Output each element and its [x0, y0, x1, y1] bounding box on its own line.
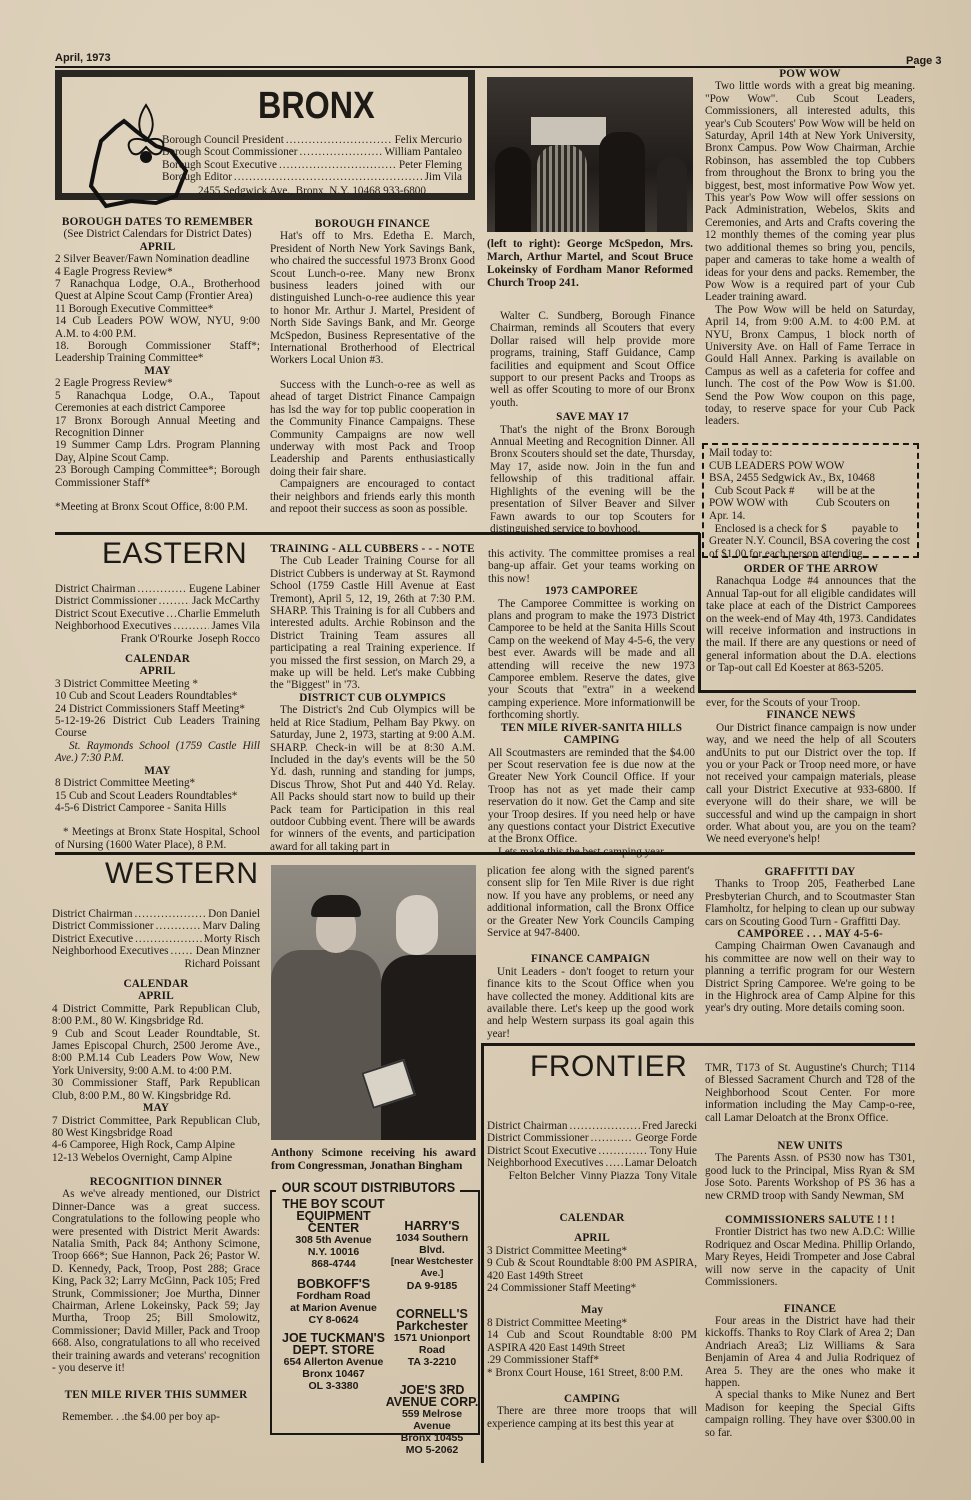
distributor-right-column: HARRY'S 1034 Southern Blvd. [near Westch…	[384, 1220, 480, 1456]
calendar-item: 10 Cub and Scout Leaders Roundtables*	[55, 690, 260, 702]
calendar-item: 24 District Commissioners Staff Meeting*	[55, 703, 260, 715]
recognition-dinner: RECOGNITION DINNER As we've already ment…	[52, 1176, 260, 1423]
officer-row: Neighborhood ExecutivesDean Minzner	[52, 945, 260, 957]
officer-row: District Scout ExecutiveTony Huie	[487, 1145, 697, 1157]
officer-row: Borough EditorJim Vila	[162, 171, 462, 183]
calendar-item: 24 Commissioner Staff Meeting*	[487, 1282, 697, 1294]
borough-dates-heading: BOROUGH DATES TO REMEMBER	[55, 216, 260, 228]
distributors-title: OUR SCOUT DISTRIBUTORS	[280, 1179, 457, 1195]
frontier-title: FRONTIER	[530, 1050, 687, 1084]
eastern-middle: this activity. The committee promises a …	[488, 548, 695, 858]
distributor-left-column: THE BOY SCOUT EQUIPMENT CENTER 308 5th A…	[276, 1198, 391, 1392]
calendar-item: 7 District Committee, Park Republican Cl…	[52, 1115, 260, 1140]
bronx-title: BRONX	[258, 85, 375, 128]
borough-dates: BOROUGH DATES TO REMEMBER (See District …	[55, 216, 260, 513]
calendar-item: 5 Ranachqua Lodge, O.A., Tapout Ceremoni…	[55, 390, 260, 415]
footnote: * Meetings at Bronx State Hospital, Scho…	[55, 826, 260, 851]
officer-row: Borough Council PresidentFelix Mercurio	[162, 134, 462, 146]
eastern-title: EASTERN	[102, 537, 247, 571]
issue-date: April, 1973	[55, 52, 111, 64]
footnote: * Bronx Court House, 161 Street, 8:00 P.…	[487, 1367, 697, 1379]
calendar-item: 18. Borough Commissioner Staff*; Leaders…	[55, 340, 260, 365]
officer-row: District ExecutiveMorty Risch	[52, 933, 260, 945]
borough-finance: BOROUGH FINANCE Hat's off to Mrs. Edetha…	[270, 218, 475, 515]
officer-row: District CommissionerMarv Daling	[52, 920, 260, 932]
frontier-rule	[481, 1043, 915, 1046]
calendar-item: 4 District Committe, Park Republican Clu…	[52, 1003, 260, 1028]
calendar-item: 12-13 Webelos Overnight, Camp Alpine	[52, 1152, 260, 1164]
calendar-item: 8 District Committee Meeting*	[487, 1317, 697, 1329]
western-title: WESTERN	[105, 857, 259, 891]
bronx-officers: Borough Council PresidentFelix Mercurio …	[162, 134, 462, 197]
frontier-officers: District ChairmanFred Jarecki District C…	[487, 1120, 697, 1430]
calendar-item: 4 Eagle Progress Review*	[55, 266, 260, 278]
award-photo-western	[271, 865, 476, 1140]
bronx-address: 2455 Sedgwick Ave., Bronx, N.Y. 10468 93…	[162, 185, 462, 197]
photo-caption: (left to right): George McSpedon, Mrs. M…	[487, 238, 693, 290]
calendar-item: 5-12-19-26 District Cub Leaders Training…	[55, 715, 260, 740]
calendar-item: 9 Cub & Scout Roundtable 8:00 PM ASPIRA,…	[487, 1257, 697, 1282]
calendar-item: 30 Commissioner Staff, Park Republican C…	[52, 1077, 260, 1102]
section-rule	[55, 532, 700, 535]
calendar-item: 4-5-6 District Camporee - Sanita Hills	[55, 802, 260, 814]
calendar-item: 3 District Committee Meeting *	[55, 678, 260, 690]
pow-wow-article: POW WOW Two little words with a great bi…	[705, 68, 915, 428]
officer-row: Borough Scout ExecutivePeter Fleming	[162, 159, 462, 171]
western-right: GRAFFITTI DAY Thanks to Troop 205, Feath…	[705, 866, 915, 1015]
eastern-finance: ever, for the Scouts of your Troop. FINA…	[706, 697, 916, 846]
bronx-masthead: BRONX Borough Council PresidentFelix Mer…	[55, 70, 475, 200]
eastern-officers: District ChairmanEugene Labiner District…	[55, 583, 260, 851]
officer-row: District CommissionerGeorge Forde	[487, 1132, 697, 1144]
pow-wow-coupon[interactable]: Mail today to: CUB LEADERS POW WOW BSA, …	[702, 443, 919, 558]
photo-caption: Anthony Scimone receiving his award from…	[271, 1147, 476, 1173]
calendar-item: 23 Borough Camping Committee*; Borough C…	[55, 464, 260, 489]
calendar-item: 17 Bronx Borough Annual Meeting and Reco…	[55, 415, 260, 440]
distributors-box: OUR SCOUT DISTRIBUTORS THE BOY SCOUT EQU…	[270, 1190, 480, 1435]
officer-row: Borough Scout CommissionerWilliam Pantal…	[162, 146, 462, 158]
officer-row: Neighborhood ExecutivesLamar Deloatch	[487, 1157, 697, 1169]
frontier-right: TMR, T173 of St. Augustine's Church; T11…	[705, 1062, 915, 1439]
award-photo-bronx	[487, 77, 693, 232]
calendar-item: 14 Cub and Scout Roundtable 8:00 PM ASPI…	[487, 1329, 697, 1354]
eastern-training: TRAINING - ALL CUBBERS - - - NOTE The Cu…	[270, 543, 475, 853]
western-middle: plication fee along with the signed pare…	[487, 865, 694, 1040]
calendar-item: 9 Cub and Scout Leader Roundtable, St. J…	[52, 1028, 260, 1078]
officer-row: Neighborhood ExecutivesJames Vila	[55, 620, 260, 632]
newspaper-page: April, 1973 Page 3 BRONX Borough Council…	[0, 0, 971, 1500]
officer-row: District ChairmanEugene Labiner	[55, 583, 260, 595]
calendar-item: 11 Borough Executive Committee*	[55, 303, 260, 315]
calendar-item: 2 Eagle Progress Review*	[55, 377, 260, 389]
calendar-item: 8 District Committee Meeting*	[55, 777, 260, 789]
calendar-item: 3 District Committee Meeting*	[487, 1245, 697, 1257]
calendar-item: 19 Summer Camp Ldrs. Program Planning Da…	[55, 439, 260, 464]
section-rule	[55, 852, 915, 855]
borough-finance-heading: BOROUGH FINANCE	[270, 218, 475, 230]
officer-row: District CommissionerJack McCarthy	[55, 595, 260, 607]
order-of-arrow: ORDER OF THE ARROW Ranachqua Lodge #4 an…	[706, 563, 916, 675]
calendar-item: 2 Silver Beaver/Fawn Nomination deadline	[55, 253, 260, 265]
calendar-item: .29 Commissioner Staff*	[487, 1354, 697, 1366]
sundberg-article: Walter C. Sundberg, Borough Finance Chai…	[490, 310, 695, 535]
officer-row: District ChairmanFred Jarecki	[487, 1120, 697, 1132]
officer-row: District ChairmanDon Daniel	[52, 908, 260, 920]
calendar-item: 7 Ranachqua Lodge, O.A., Brotherhood Que…	[55, 278, 260, 303]
footnote: *Meeting at Bronx Scout Office, 8:00 P.M…	[55, 501, 260, 513]
western-officers: District ChairmanDon Daniel District Com…	[52, 908, 260, 1164]
calendar-item: 14 Cub Leaders POW WOW, NYU, 9:00 A.M. t…	[55, 315, 260, 340]
calendar-item: 15 Cub and Scout Leaders Roundtables*	[55, 790, 260, 802]
officer-row: District Scout ExecutiveCharlie Emmeluth	[55, 608, 260, 620]
calendar-item: 4-6 Camporee, High Rock, Camp Alpine	[52, 1139, 260, 1151]
